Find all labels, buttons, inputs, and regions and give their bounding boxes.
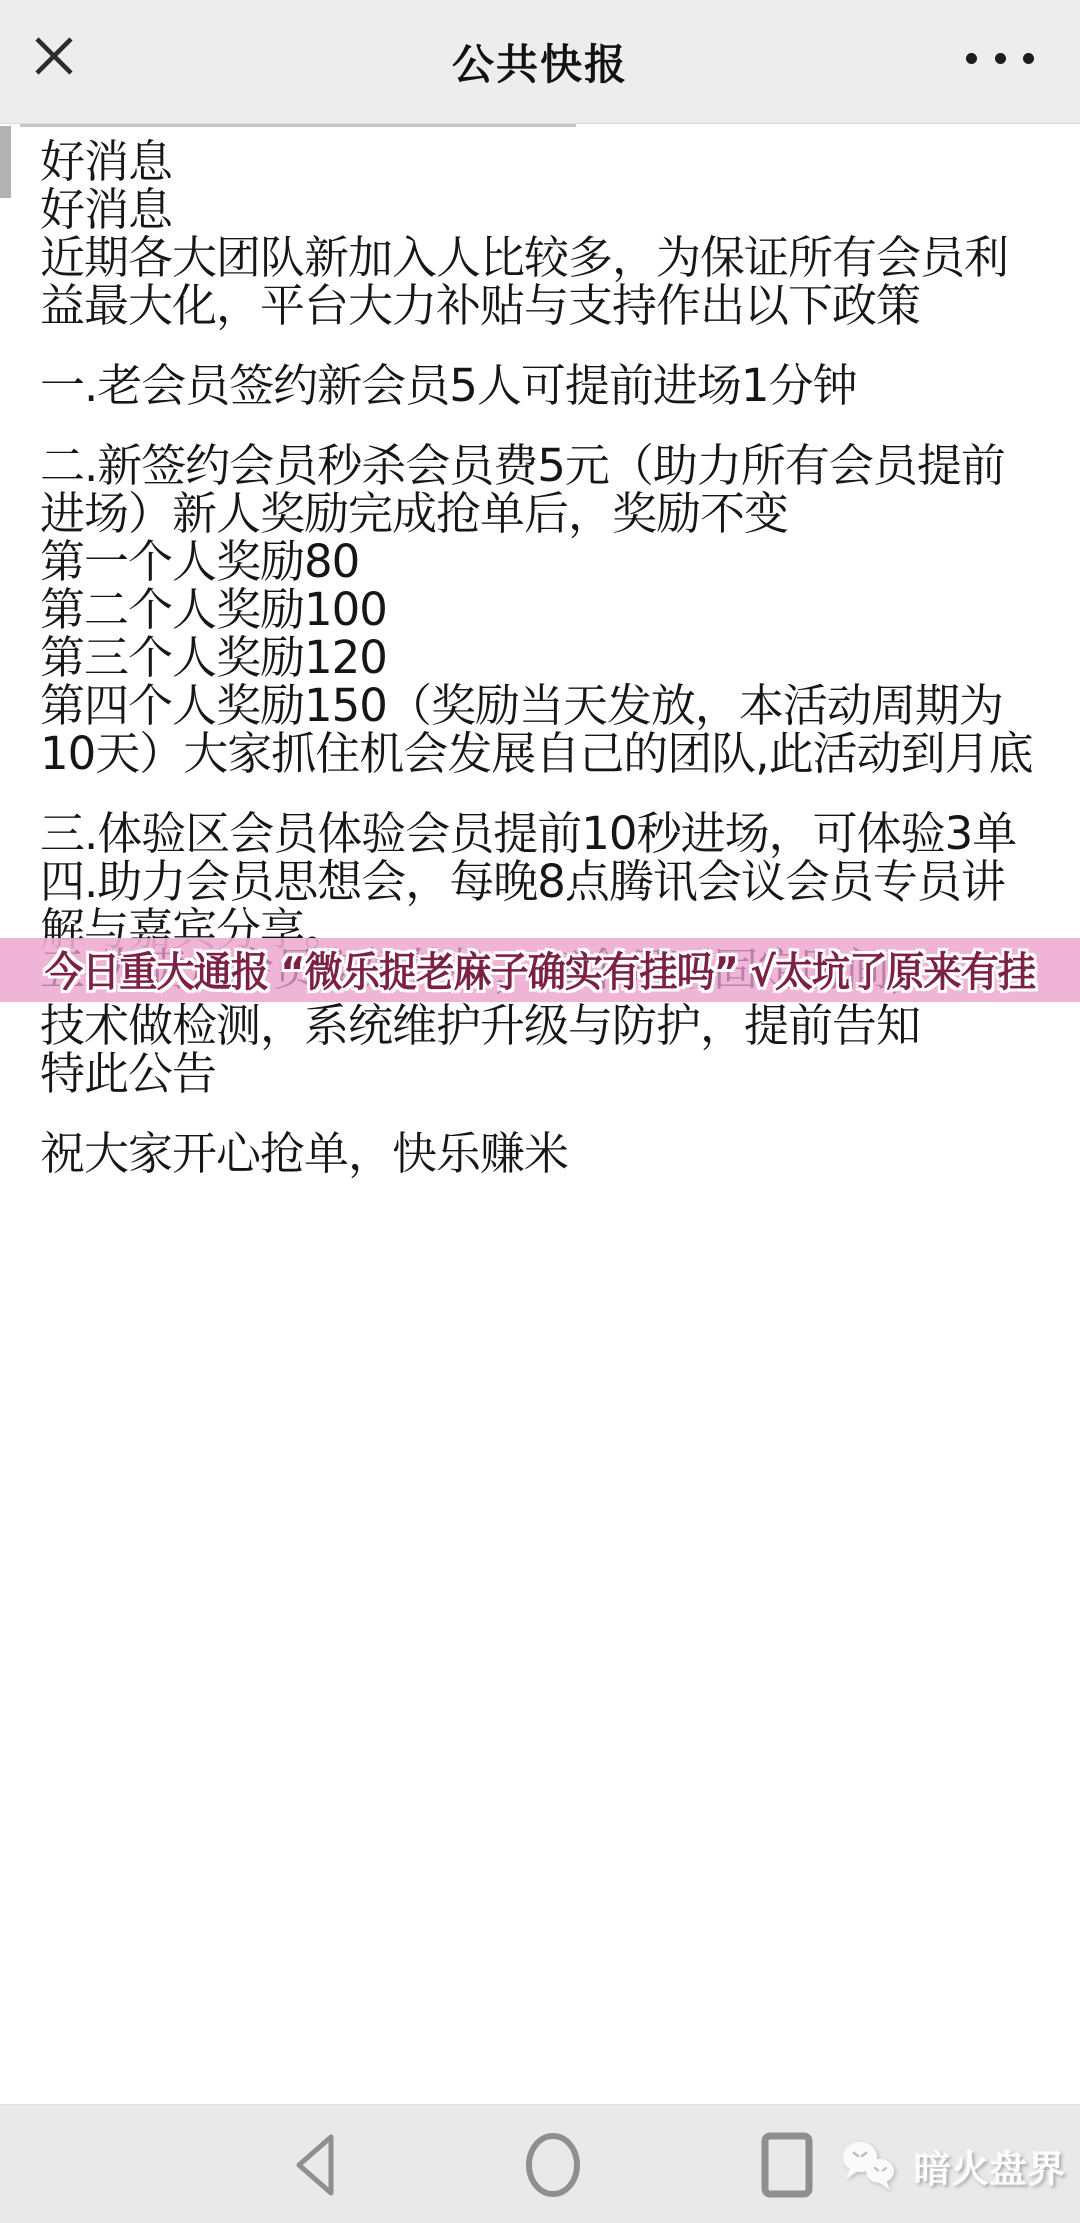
home-icon[interactable]	[508, 2129, 598, 2201]
document-line: 祝大家开心抢单，快乐赚米	[40, 1130, 1042, 1178]
overlay-banner: 五.为满足会员交好伸拉，每个月不固定时间， 今日重大通报 “微乐捉老麻子确实有挂…	[0, 938, 1080, 1002]
app-header: 公共快报	[0, 0, 1080, 124]
document-line: 好消息	[40, 186, 1042, 234]
chat-bubbles-icon	[838, 2135, 904, 2197]
watermark-text: 暗火盘界	[914, 2139, 1066, 2193]
overlay-title: 今日重大通报 “微乐捉老麻子确实有挂吗” √太坑了原来有挂	[38, 948, 1042, 996]
phone-screen: 公共快报 好消息好消息近期各大团队新加入人比较多，为保证所有会员利益最大化，平台…	[0, 0, 1080, 2223]
more-menu-icon[interactable]	[960, 38, 1040, 78]
document-line	[40, 778, 1042, 810]
document-line: 近期各大团队新加入人比较多，为保证所有会员利益最大化，平台大力补贴与支持作出以下…	[40, 234, 1042, 330]
scan-artifact-line	[20, 124, 576, 127]
watermark: 暗火盘界	[838, 2135, 1066, 2197]
recents-icon[interactable]	[742, 2129, 832, 2201]
document-paragraphs-bottom: 技术做检测，系统维护升级与防护，提前告知特此公告祝大家开心抢单，快乐赚米	[40, 1002, 1042, 1178]
menu-dot	[966, 53, 977, 64]
announcement-document: 好消息好消息近期各大团队新加入人比较多，为保证所有会员利益最大化，平台大力补贴与…	[0, 124, 1080, 1178]
document-paragraphs-top: 好消息好消息近期各大团队新加入人比较多，为保证所有会员利益最大化，平台大力补贴与…	[40, 138, 1042, 954]
close-icon-svg	[32, 34, 76, 78]
menu-dot	[1023, 53, 1034, 64]
document-line	[40, 410, 1042, 442]
document-line	[40, 330, 1042, 362]
document-line: 一.老会员签约新会员5人可提前进场1分钟	[40, 362, 1042, 410]
document-line: 好消息	[40, 138, 1042, 186]
document-line: 第一个人奖励80	[40, 538, 1042, 586]
document-line: 二.新签约会员秒杀会员费5元（助力所有会员提前进场）新人奖励完成抢单后，奖励不变	[40, 442, 1042, 538]
android-nav-bar: 暗火盘界	[0, 2104, 1080, 2223]
scan-artifact-patch	[0, 126, 11, 198]
document-line	[40, 1098, 1042, 1130]
document-line: 特此公告	[40, 1050, 1042, 1098]
page-title: 公共快报	[0, 32, 1080, 92]
back-icon[interactable]	[272, 2129, 362, 2201]
document-line: 第二个人奖励100	[40, 586, 1042, 634]
document-line: 第四个人奖励150（奖励当天发放，本活动周期为10天）大家抓住机会发展自己的团队…	[40, 682, 1042, 778]
document-line: 第三个人奖励120	[40, 634, 1042, 682]
close-icon[interactable]	[28, 30, 80, 82]
menu-dot	[995, 53, 1006, 64]
document-line: 三.体验区会员体验会员提前10秒进场，可体验3单	[40, 810, 1042, 858]
document-line: 技术做检测，系统维护升级与防护，提前告知	[40, 1002, 1042, 1050]
